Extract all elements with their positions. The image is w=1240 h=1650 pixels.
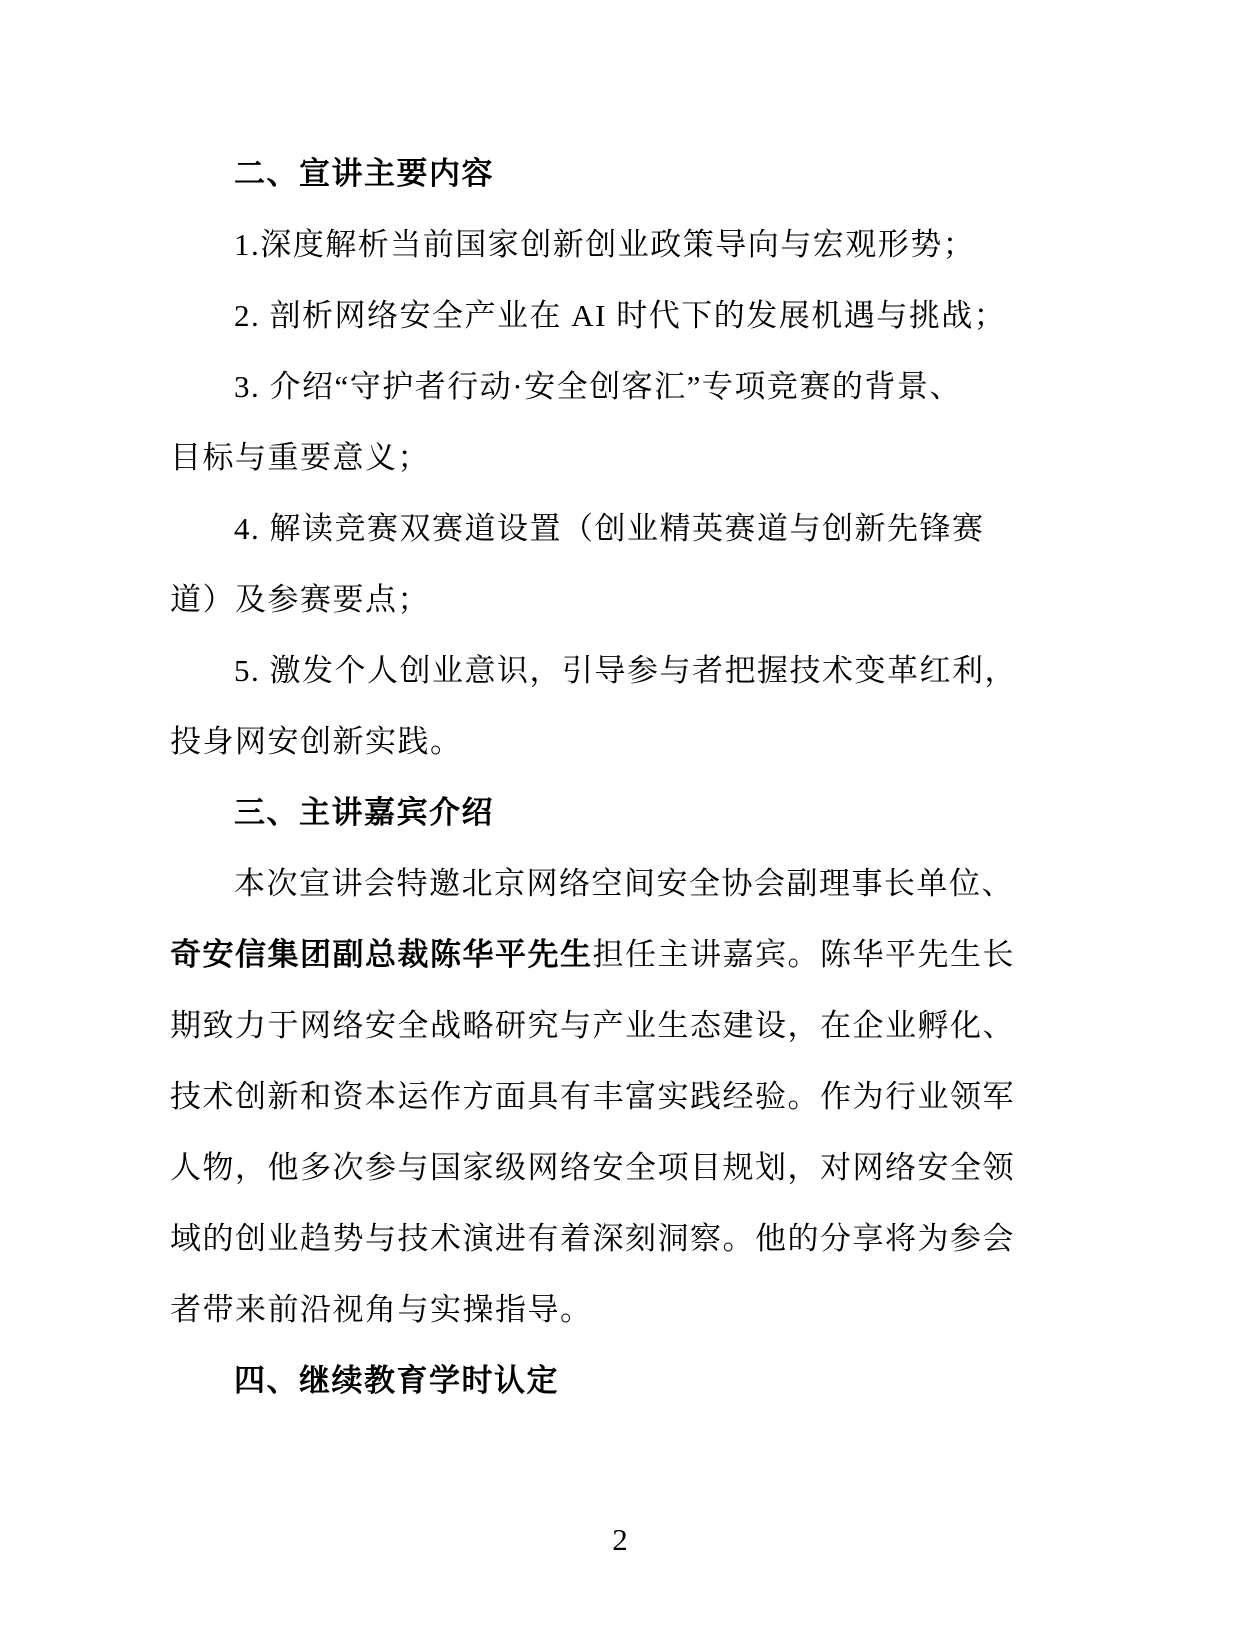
paragraph-text: 担任主讲嘉宾。陈华平先生长 — [593, 937, 1016, 972]
paragraph-line: 期致力于网络安全战略研究与产业生态建设，在企业孵化、 — [170, 990, 1050, 1061]
paragraph-line: 域的创业趋势与技术演进有着深刻洞察。他的分享将为参会 — [170, 1203, 1050, 1274]
paragraph-line: 投身网安创新实践。 — [170, 706, 1050, 777]
list-item-4: 4. 解读竞赛双赛道设置（创业精英赛道与创新先锋赛 — [170, 493, 1050, 564]
paragraph-line: 目标与重要意义； — [170, 422, 1050, 493]
paragraph-line-speaker: 奇安信集团副总裁陈华平先生担任主讲嘉宾。陈华平先生长 — [170, 919, 1050, 990]
paragraph-line: 技术创新和资本运作方面具有丰富实践经验。作为行业领军 — [170, 1061, 1050, 1132]
section-heading-2: 二、宣讲主要内容 — [170, 138, 1050, 209]
list-item-3: 3. 介绍“守护者行动·安全创客汇”专项竞赛的背景、 — [170, 351, 1050, 422]
section-heading-4: 四、继续教育学时认定 — [170, 1345, 1050, 1416]
page-number: 2 — [0, 1518, 1240, 1562]
paragraph-line: 者带来前沿视角与实操指导。 — [170, 1274, 1050, 1345]
list-item-1: 1.深度解析当前国家创新创业政策导向与宏观形势； — [170, 209, 1050, 280]
list-item-2: 2. 剖析网络安全产业在 AI 时代下的发展机遇与挑战； — [170, 280, 1050, 351]
list-item-5: 5. 激发个人创业意识，引导参与者把握技术变革红利， — [170, 635, 1050, 706]
document-page: 二、宣讲主要内容 1.深度解析当前国家创新创业政策导向与宏观形势； 2. 剖析网… — [0, 0, 1240, 1650]
paragraph-line: 本次宣讲会特邀北京网络空间安全协会副理事长单位、 — [170, 848, 1050, 919]
section-heading-3: 三、主讲嘉宾介绍 — [170, 777, 1050, 848]
paragraph-line: 人物，他多次参与国家级网络安全项目规划，对网络安全领 — [170, 1132, 1050, 1203]
paragraph-line: 道）及参赛要点； — [170, 564, 1050, 635]
document-body: 二、宣讲主要内容 1.深度解析当前国家创新创业政策导向与宏观形势； 2. 剖析网… — [170, 138, 1050, 1416]
speaker-name-bold: 奇安信集团副总裁陈华平先生 — [170, 937, 593, 972]
